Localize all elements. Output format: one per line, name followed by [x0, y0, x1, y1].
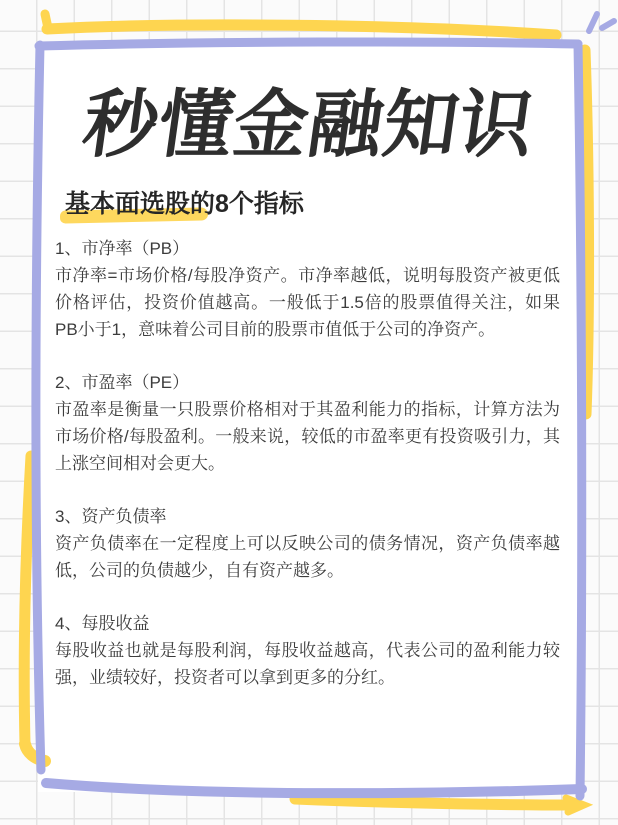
section-heading: 2、市盈率（PE） [55, 369, 560, 396]
section-pb-ratio: 1、市净率（PB） 市净率=市场价格/每股净资产。市净率越低，说明每股资产被更低… [55, 235, 560, 343]
yellow-bottom-stroke [295, 799, 575, 805]
sparkle-dash-2 [602, 21, 614, 28]
yellow-top-stroke [47, 25, 556, 35]
section-body: 资产负债率在一定程度上可以反映公司的债务情况，资产负债率越低，公司的负债越少，自… [55, 530, 560, 584]
yellow-right-stroke [585, 50, 589, 414]
section-eps: 4、每股收益 每股收益也就是每股利润，每股收益越高，代表公司的盈利能力较强，业绩… [55, 610, 560, 691]
section-debt-ratio: 3、资产负债率 资产负债率在一定程度上可以反映公司的债务情况，资产负债率越低，公… [55, 503, 560, 584]
page-subtitle: 基本面选股的8个指标 [65, 189, 304, 219]
poster-page: 秒懂金融知识 基本面选股的8个指标 1、市净率（PB） 市净率=市场价格/每股净… [0, 0, 618, 825]
section-heading: 1、市净率（PB） [55, 235, 560, 262]
sparkle-dash-1 [589, 14, 597, 31]
section-heading: 3、资产负债率 [55, 503, 560, 530]
page-title: 秒懂金融知识 [32, 80, 587, 170]
section-heading: 4、每股收益 [55, 610, 560, 637]
section-pe-ratio: 2、市盈率（PE） 市盈率是衡量一只股票价格相对于其盈利能力的指标，计算方法为市… [55, 369, 560, 477]
section-body: 市盈率是衡量一只股票价格相对于其盈利能力的指标，计算方法为市场价格/每股盈利。一… [55, 396, 560, 477]
section-body: 每股收益也就是每股利润，每股收益越高，代表公司的盈利能力较强，业绩较好，投资者可… [55, 637, 560, 691]
yellow-left-stroke [24, 456, 31, 744]
yellow-top-hook [45, 14, 48, 28]
yellow-bottom-arrow-tip [566, 798, 584, 812]
subtitle-block: 基本面选股的8个指标 [65, 189, 304, 219]
section-body: 市净率=市场价格/每股净资产。市净率越低，说明每股资产被更低价格评估，投资价值越… [55, 262, 560, 343]
sections-list: 1、市净率（PB） 市净率=市场价格/每股净资产。市净率越低，说明每股资产被更低… [55, 235, 560, 691]
card-content: 秒懂金融知识 基本面选股的8个指标 1、市净率（PB） 市净率=市场价格/每股净… [38, 44, 580, 792]
